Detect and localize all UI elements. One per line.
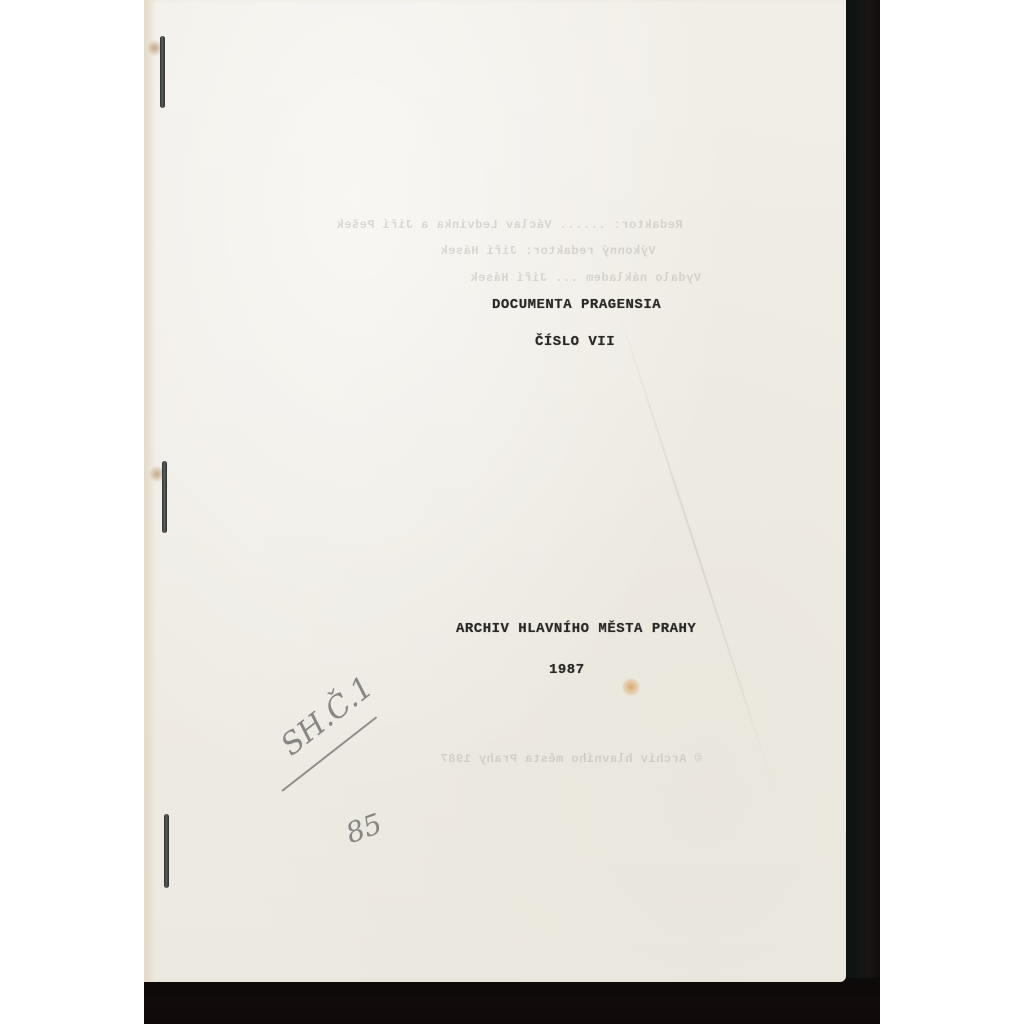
document-title: DOCUMENTA PRAGENSIA [492, 297, 661, 313]
staple-middle-icon [162, 461, 167, 533]
show-through-line-3: Vydalo nákladem ... Jiří Hásek [470, 271, 701, 285]
staple-bottom-icon [164, 814, 169, 888]
scanned-document-scene: Redaktor: ...... Václav Ledvinka a Jiří … [0, 0, 1024, 1024]
binding-edge [144, 0, 156, 982]
publisher-name: ARCHIV HLAVNÍHO MĚSTA PRAHY [456, 621, 696, 637]
show-through-line-4: © Archiv hlavního města Prahy 1987 [440, 752, 702, 766]
issue-number: ČÍSLO VII [535, 334, 615, 350]
water-stain [622, 678, 640, 696]
publication-year: 1987 [549, 662, 585, 678]
scanner-background-right [840, 0, 880, 1024]
show-through-line-1: Redaktor: ...... Václav Ledvinka a Jiří … [336, 218, 683, 232]
show-through-line-2: Výkonný redaktor: Jiří Hásek [440, 244, 656, 258]
staple-top-icon [160, 36, 165, 108]
paper-crease [614, 299, 777, 794]
booklet-cover-page [144, 0, 846, 982]
scanner-background-bottom [144, 978, 880, 1024]
